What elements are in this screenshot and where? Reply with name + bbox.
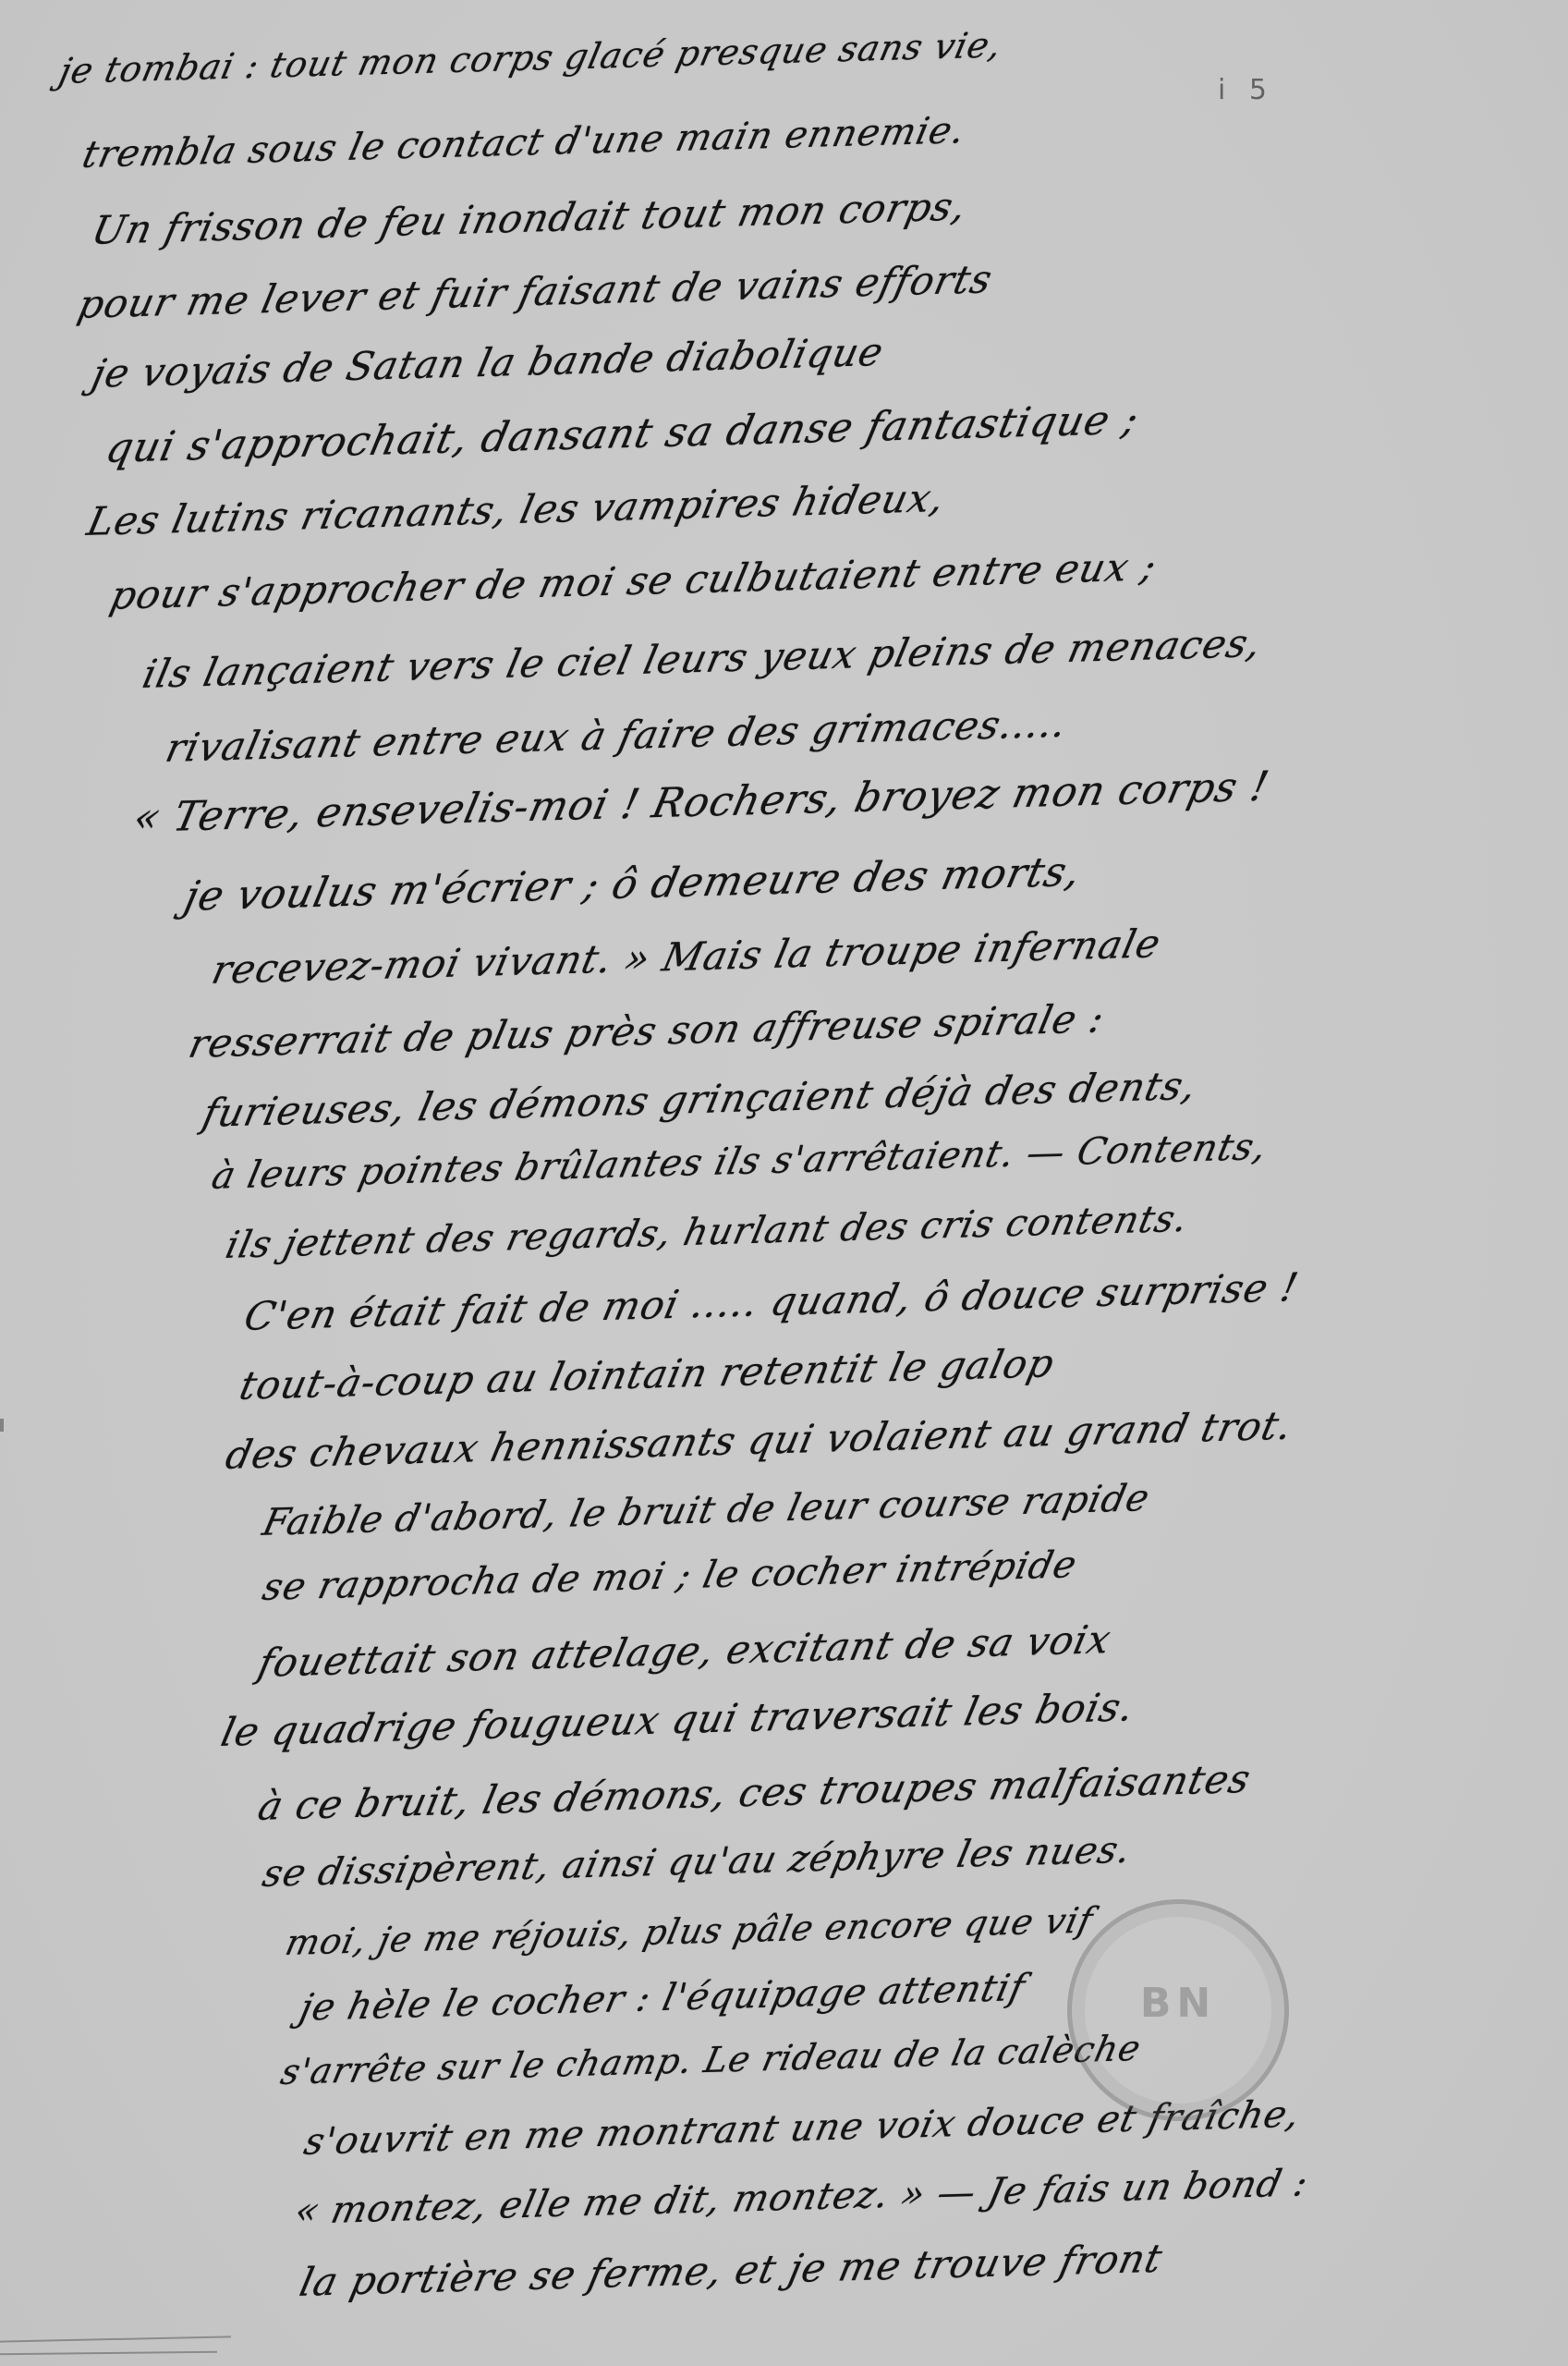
manuscript-line: je voyais de Satan la bande diabolique (88, 329, 888, 396)
manuscript-line: à leurs pointes brûlantes ils s'arrêtaie… (208, 1126, 1271, 1198)
manuscript-line: rivalisant entre eux à faire des grimace… (162, 700, 1072, 771)
paper-edge-line (0, 2336, 231, 2342)
manuscript-line: ils lançaient vers le ciel leurs yeux pl… (139, 620, 1266, 697)
manuscript-line: ils jettent des regards, hurlant des cri… (222, 1198, 1192, 1267)
manuscript-line: Faible d'abord, le bruit de leur course … (259, 1477, 1154, 1544)
manuscript-line: le quadrige fougueux qui traversait les … (217, 1684, 1139, 1755)
manuscript-line: je voulus m'écrier ; ô demeure des morts… (180, 848, 1086, 921)
library-stamp: BN (1067, 1899, 1289, 2121)
manuscript-line: tout-à-coup au lointain retentit le galo… (236, 1340, 1059, 1409)
manuscript-line: resserrait de plus près son affreuse spi… (185, 995, 1109, 1067)
manuscript-line: s'arrête sur le champ. Le rideau de la c… (277, 2028, 1145, 2092)
manuscript-line: trembla sous le contact d'une main ennem… (79, 109, 969, 177)
margin-tick-mark (0, 1419, 4, 1432)
manuscript-line: à ce bruit, les démons, ces troupes malf… (254, 1756, 1255, 1829)
manuscript-line: C'en était fait de moi ..... quand, ô do… (240, 1264, 1303, 1339)
manuscript-line: fouettait son attelage, excitant de sa v… (254, 1616, 1115, 1686)
manuscript-line: moi, je me réjouis, plus pâle encore que… (282, 1899, 1097, 1963)
manuscript-line: Un frisson de feu inondait tout mon corp… (88, 183, 971, 253)
manuscript-line: je tombai : tout mon corps glacé presque… (55, 24, 1006, 91)
manuscript-line: qui s'approchait, dansant sa danse fanta… (102, 396, 1143, 472)
manuscript-line: furieuses, les démons grinçaient déjà de… (199, 1063, 1201, 1136)
stamp-text: BN (1072, 1980, 1284, 2027)
manuscript-line: pour s'approcher de moi se culbutaient e… (106, 543, 1161, 618)
manuscript-line: « montez, elle me dit, montez. » — Je fa… (291, 2162, 1312, 2233)
manuscript-line: pour me lever et fuir faisant de vains e… (74, 256, 997, 327)
manuscript-line: des chevaux hennissants qui volaient au … (222, 1402, 1297, 1478)
manuscript-line: « Terre, ensevelis-moi ! Rochers, broyez… (129, 762, 1273, 842)
manuscript-line: recevez-moi vivant. » Mais la troupe inf… (208, 921, 1165, 993)
paper-edge-line (0, 2351, 217, 2355)
manuscript-page: i 5 je tombai : tout mon corps glacé pre… (0, 0, 1568, 2366)
page-corner-mark: i 5 (1218, 74, 1274, 106)
manuscript-line: Les lutins ricanants, les vampires hideu… (83, 475, 949, 544)
manuscript-line: la portière se ferme, et je me trouve fr… (296, 2236, 1167, 2305)
manuscript-line: se rapprocha de moi ; le cocher intrépid… (259, 1543, 1081, 1609)
manuscript-line: se dissipèrent, ainsi qu'au zéphyre les … (259, 1828, 1136, 1896)
manuscript-line: je hèle le cocher : l'équipage attentif (296, 1967, 1029, 2030)
